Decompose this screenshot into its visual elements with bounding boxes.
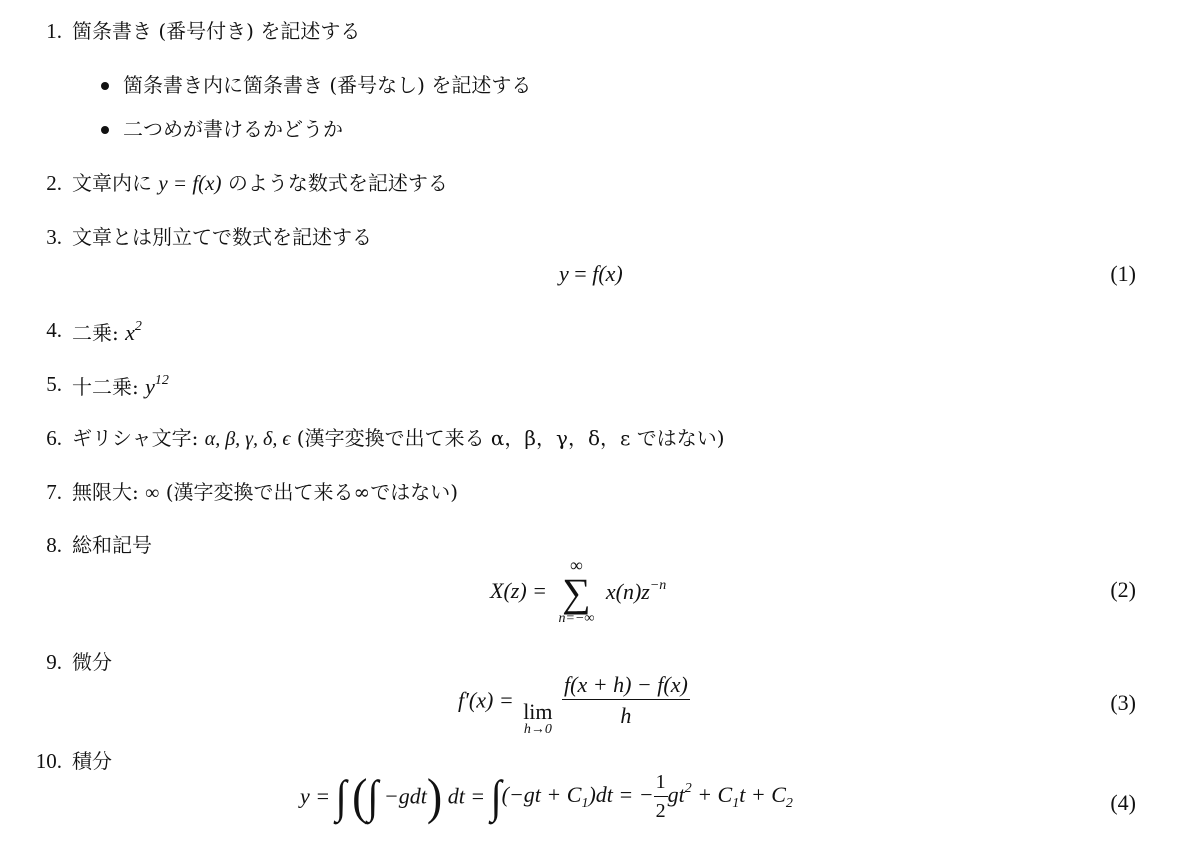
equation-label: (1) <box>1110 261 1136 287</box>
item-number: 8. <box>22 535 62 556</box>
sub-list-item-1: 箇条書き内に箇条書き (番号なし) を記述する <box>123 75 531 95</box>
bullet-icon <box>101 82 109 90</box>
display-equation-4: y = ∫ (∫ −gdt) dt = ∫(−gt + C1)dt = − 1 … <box>300 770 793 823</box>
inline-math: x2 <box>125 320 142 345</box>
inline-math: ∞ <box>145 482 159 504</box>
item-number: 1. <box>22 21 62 42</box>
item-text: ギリシャ文字: α, β, γ, δ, ϵ (漢字変換で出て来る α，β，γ，δ… <box>72 428 725 449</box>
sub-item-text: 二つめが書けるかどうか <box>123 117 343 141</box>
equation-label: (3) <box>1110 690 1136 716</box>
item-number: 4. <box>22 320 62 341</box>
fraction: f(x + h) − f(x) h <box>562 672 690 729</box>
item-text: 文章内に y = f(x) のような数式を記述する <box>72 173 448 194</box>
integral-sign: ∫ <box>367 769 378 823</box>
equation-label: (4) <box>1110 790 1136 816</box>
fraction: 1 2 <box>654 771 668 823</box>
item-number: 2. <box>22 173 62 194</box>
sub-item-text: 箇条書き内に箇条書き (番号なし) を記述する <box>123 73 531 97</box>
inline-math: y = f(x) <box>158 171 221 195</box>
item-text: 微分 <box>72 652 112 672</box>
item-number: 5. <box>22 374 62 395</box>
item-number: 9. <box>22 652 62 673</box>
integral-sign: ∫ <box>491 769 502 823</box>
limit: lim h→0 <box>523 701 552 737</box>
item-text: 文章とは別立てで数式を記述する <box>72 227 372 247</box>
sub-list-item-2: 二つめが書けるかどうか <box>123 119 343 139</box>
left-paren: ( <box>352 767 367 825</box>
display-equation-1: y = f(x) <box>559 261 623 287</box>
item-text: 箇条書き (番号付き) を記述する <box>72 21 360 41</box>
summation: ∞ ∑ n=−∞ <box>559 556 595 626</box>
item-text: 十二乗: y12 <box>72 374 169 398</box>
item-number: 3. <box>22 227 62 248</box>
item-text: 総和記号 <box>72 535 152 555</box>
item-text: 二乗: x2 <box>72 320 142 344</box>
item-text: 無限大: ∞ (漢字変換で出て来る∞ではない) <box>72 482 458 503</box>
integral-sign: ∫ <box>336 769 347 823</box>
item-text: 積分 <box>72 751 112 771</box>
item-number: 6. <box>22 428 62 449</box>
inline-math: α, β, γ, δ, ϵ <box>205 428 291 450</box>
item-number: 10. <box>22 751 62 772</box>
equation-label: (2) <box>1110 577 1136 603</box>
right-paren: ) <box>427 767 442 825</box>
item-number: 7. <box>22 482 62 503</box>
display-equation-2: X(z) = ∞ ∑ n=−∞ x(n)z−n <box>490 556 666 626</box>
inline-math: y12 <box>145 374 169 399</box>
bullet-icon <box>101 126 109 134</box>
display-equation-3: f′(x) = lim h→0 f(x + h) − f(x) h <box>458 672 690 737</box>
